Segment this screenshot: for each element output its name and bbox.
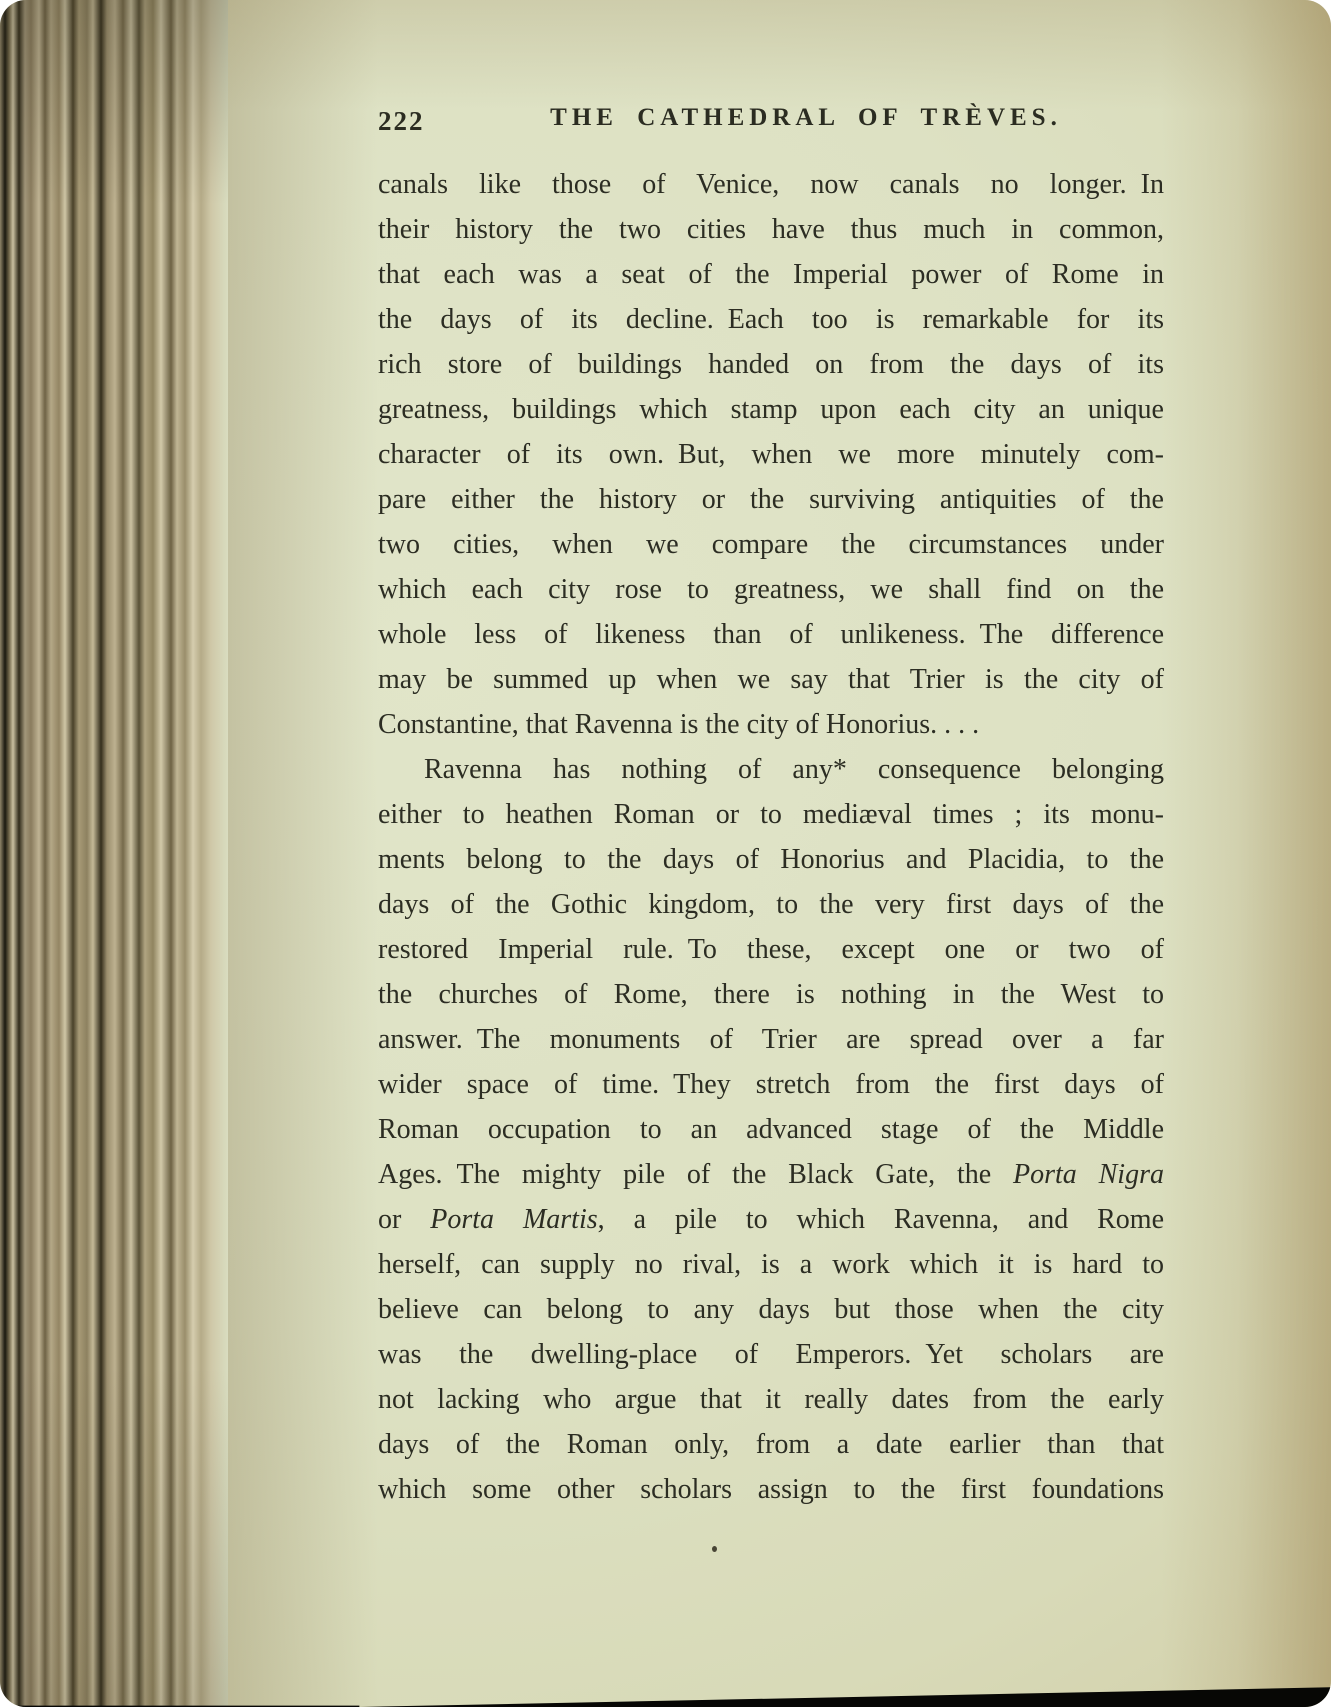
text-line: whole less of likeness than of unlikenes… [378, 612, 1164, 657]
text-segment: not lacking who argue that it really dat… [378, 1384, 1164, 1415]
text-line: not lacking who argue that it really dat… [378, 1377, 1164, 1422]
text-segment: was the dwelling-place of Emperors. Yet … [378, 1339, 1164, 1370]
text-line: either to heathen Roman or to mediæval t… [378, 792, 1164, 837]
gutter-shadow [228, 0, 378, 1707]
text-line: their history the two cities have thus m… [378, 207, 1164, 252]
page-right-edge-tint [1161, 0, 1331, 1707]
text-segment: either to heathen Roman or to mediæval t… [378, 799, 1164, 830]
text-segment: which each city rose to greatness, we sh… [378, 574, 1164, 605]
text-segment: ments belong to the days of Honorius and… [378, 844, 1164, 875]
text-line: Ages. The mighty pile of the Black Gate,… [378, 1152, 1164, 1197]
scanned-book-photo: 222 THE CATHEDRAL OF TRÈVES. canals like… [0, 0, 1331, 1707]
running-title: THE CATHEDRAL OF TRÈVES. [488, 104, 1124, 132]
text-line: two cities, when we compare the circumst… [378, 522, 1164, 567]
book-page-edges [0, 0, 228, 1707]
text-line: which some other scholars assign to the … [378, 1467, 1164, 1512]
page-text: canals like those of Venice, now canals … [378, 162, 1164, 1512]
text-line: herself, can supply no rival, is a work … [378, 1242, 1164, 1287]
text-line: or Porta Martis, a pile to which Ravenna… [378, 1197, 1164, 1242]
text-line: canals like those of Venice, now canals … [378, 162, 1164, 207]
page-header: 222 THE CATHEDRAL OF TRÈVES. [378, 102, 1164, 144]
text-line: the churches of Rome, there is nothing i… [378, 972, 1164, 1017]
text-line: days of the Roman only, from a date earl… [378, 1422, 1164, 1467]
text-line: days of the Gothic kingdom, to the very … [378, 882, 1164, 927]
ink-speck [1102, 541, 1106, 545]
text-line: that each was a seat of the Imperial pow… [378, 252, 1164, 297]
italic-text: Porta Nigra [1013, 1159, 1164, 1190]
page-top-tint [228, 0, 1331, 110]
page-number: 222 [378, 106, 425, 137]
text-line: greatness, buildings which stamp upon ea… [378, 387, 1164, 432]
text-segment: days of the Roman only, from a date earl… [378, 1429, 1164, 1460]
book-page: 222 THE CATHEDRAL OF TRÈVES. canals like… [0, 0, 1331, 1707]
ink-speck [712, 1546, 717, 1552]
text-segment: canals like those of Venice, now canals … [378, 169, 1164, 200]
text-segment: greatness, buildings which stamp upon ea… [378, 394, 1164, 425]
text-line: believe can belong to any days but those… [378, 1287, 1164, 1332]
text-line: character of its own. But, when we more … [378, 432, 1164, 477]
text-line: pare either the history or the surviving… [378, 477, 1164, 522]
text-segment: herself, can supply no rival, is a work … [378, 1249, 1164, 1280]
text-segment: the churches of Rome, there is nothing i… [378, 979, 1164, 1010]
text-line: Roman occupation to an advanced stage of… [378, 1107, 1164, 1152]
text-segment: pare either the history or the surviving… [378, 484, 1164, 515]
text-line: restored Imperial rule. To these, except… [378, 927, 1164, 972]
text-segment: whole less of likeness than of unlikenes… [378, 619, 1164, 650]
text-segment: believe can belong to any days but those… [378, 1294, 1164, 1325]
text-segment: or [378, 1204, 430, 1235]
text-line: may be summed up when we say that Trier … [378, 657, 1164, 702]
text-segment: Ages. The mighty pile of the Black Gate,… [378, 1159, 1013, 1190]
text-segment: their history the two cities have thus m… [378, 214, 1164, 245]
text-segment: the days of its decline. Each too is rem… [378, 304, 1164, 335]
text-line: ments belong to the days of Honorius and… [378, 837, 1164, 882]
text-segment: Ravenna has nothing of any* consequence … [424, 754, 1164, 785]
text-line: was the dwelling-place of Emperors. Yet … [378, 1332, 1164, 1377]
text-segment: two cities, when we compare the circumst… [378, 529, 1164, 560]
text-segment: Roman occupation to an advanced stage of… [378, 1114, 1164, 1145]
text-segment: Constantine, that Ravenna is the city of… [378, 709, 979, 740]
text-segment: character of its own. But, when we more … [378, 439, 1164, 470]
text-line: rich store of buildings handed on from t… [378, 342, 1164, 387]
text-segment: that each was a seat of the Imperial pow… [378, 259, 1164, 290]
text-segment: may be summed up when we say that Trier … [378, 664, 1164, 695]
text-line: which each city rose to greatness, we sh… [378, 567, 1164, 612]
text-line: Ravenna has nothing of any* consequence … [378, 747, 1164, 792]
text-segment: wider space of time. They stretch from t… [378, 1069, 1164, 1100]
text-line: wider space of time. They stretch from t… [378, 1062, 1164, 1107]
text-segment: answer. The monuments of Trier are sprea… [378, 1024, 1164, 1055]
text-segment: rich store of buildings handed on from t… [378, 349, 1164, 380]
text-line: answer. The monuments of Trier are sprea… [378, 1017, 1164, 1062]
text-segment: , a pile to which Ravenna, and Rome [598, 1204, 1164, 1235]
text-segment: restored Imperial rule. To these, except… [378, 934, 1164, 965]
text-segment: days of the Gothic kingdom, to the very … [378, 889, 1164, 920]
text-line: Constantine, that Ravenna is the city of… [378, 702, 1164, 747]
text-line: the days of its decline. Each too is rem… [378, 297, 1164, 342]
italic-text: Porta Martis [430, 1204, 597, 1235]
text-segment: which some other scholars assign to the … [378, 1474, 1164, 1505]
